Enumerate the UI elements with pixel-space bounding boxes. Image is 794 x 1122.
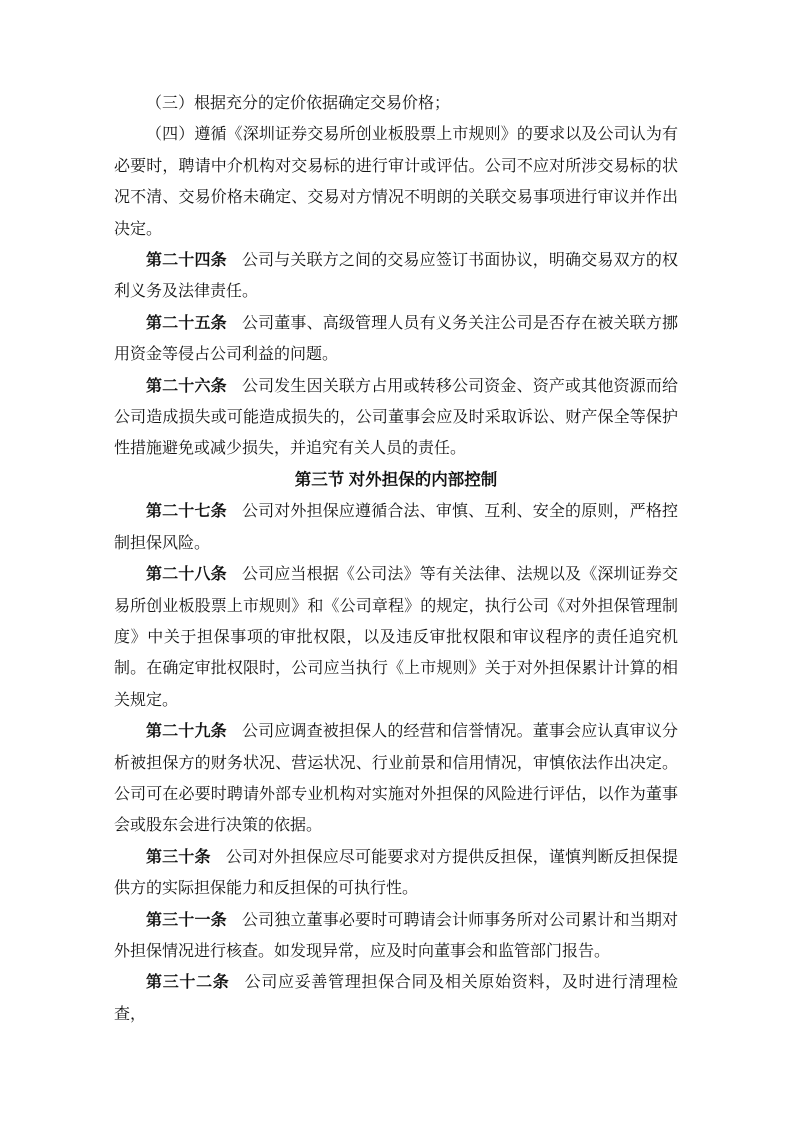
article-26: 第二十六条公司发生因关联方占用或转移公司资金、资产或其他资源而给公司造成损失或可…: [114, 371, 678, 465]
article-24: 第二十四条公司与关联方之间的交易应签订书面协议，明确交易双方的权利义务及法律责任…: [114, 245, 678, 308]
article-31-number: 第三十一条: [146, 912, 227, 929]
article-25-number: 第二十五条: [146, 315, 227, 332]
article-24-number: 第二十四条: [146, 252, 227, 269]
list-item-3: （三）根据充分的定价依据确定交易价格；: [114, 88, 678, 119]
article-28-text: 公司应当根据《公司法》等有关法律、法规以及《深圳证券交易所创业板股票上市规则》和…: [114, 566, 678, 709]
article-28: 第二十八条公司应当根据《公司法》等有关法律、法规以及《深圳证券交易所创业板股票上…: [114, 559, 678, 716]
article-25: 第二十五条公司董事、高级管理人员有义务关注公司是否存在被关联方挪用资金等侵占公司…: [114, 308, 678, 371]
article-26-number: 第二十六条: [146, 378, 227, 395]
article-30-number: 第三十条: [146, 849, 211, 866]
article-29-number: 第二十九条: [146, 723, 227, 740]
article-27-number: 第二十七条: [146, 503, 227, 520]
article-32: 第三十二条公司应妥善管理担保合同及相关原始资料，及时进行清理检查，: [114, 967, 678, 1030]
article-27: 第二十七条公司对外担保应遵循合法、审慎、互利、安全的原则，严格控制担保风险。: [114, 496, 678, 559]
document-page: （三）根据充分的定价依据确定交易价格； （四）遵循《深圳证券交易所创业板股票上市…: [0, 0, 794, 1122]
section-heading: 第三节 对外担保的内部控制: [114, 465, 678, 496]
article-29: 第二十九条公司应调查被担保人的经营和信誉情况。董事会应认真审议分析被担保方的财务…: [114, 716, 678, 842]
article-31: 第三十一条公司独立董事必要时可聘请会计师事务所对公司累计和当期对外担保情况进行核…: [114, 905, 678, 968]
article-28-number: 第二十八条: [146, 566, 227, 583]
article-30: 第三十条公司对外担保应尽可能要求对方提供反担保，谨慎判断反担保提供方的实际担保能…: [114, 842, 678, 905]
article-32-number: 第三十二条: [146, 974, 229, 991]
list-item-4: （四）遵循《深圳证券交易所创业板股票上市规则》的要求以及公司认为有必要时，聘请中…: [114, 119, 678, 245]
